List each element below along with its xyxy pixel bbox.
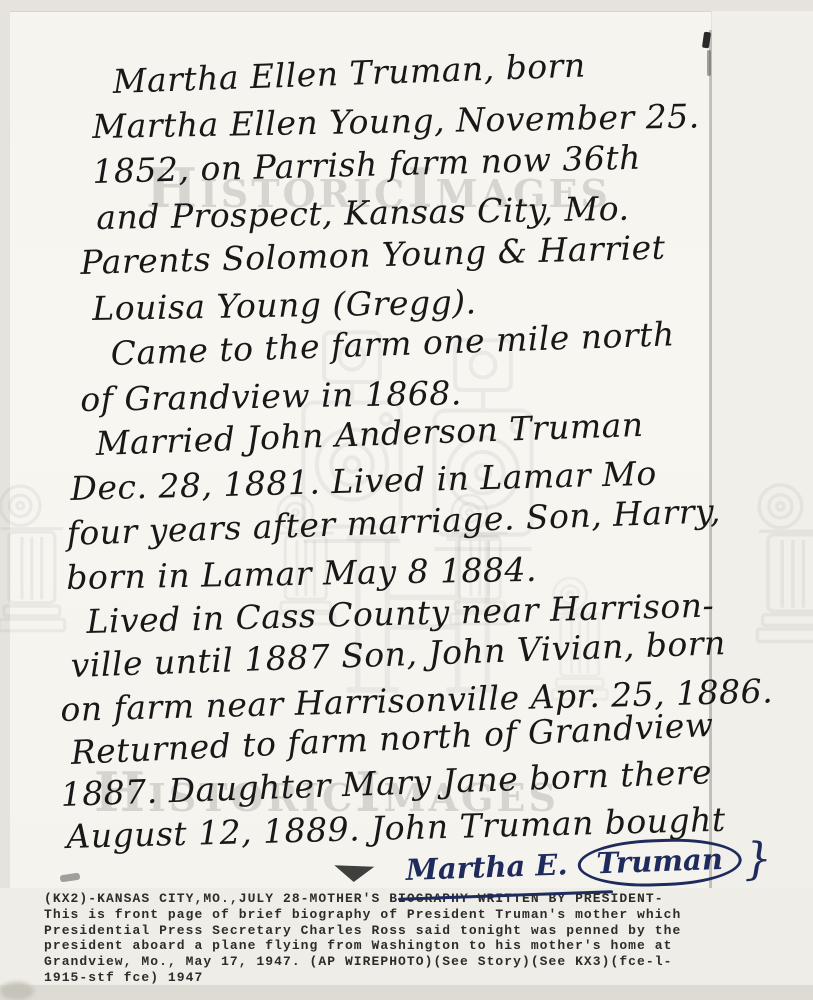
caption-line: 1915-stf fce) 1947 bbox=[44, 970, 744, 986]
corner-smudge bbox=[0, 982, 34, 1000]
handwritten-line: born in Lamar May 8 1884. bbox=[66, 550, 537, 597]
wirephoto-scan: HistoricImages HistoricImages Martha Ell… bbox=[0, 0, 813, 1000]
signature-last-name-circled: Truman bbox=[577, 836, 743, 889]
caption-line: This is front page of brief biography of… bbox=[44, 907, 744, 923]
caption-line: president aboard a plane flying from Was… bbox=[44, 938, 744, 954]
caption-line: Grandview, Mo., May 17, 1947. (AP WIREPH… bbox=[44, 954, 744, 970]
caption-line: Presidential Press Secretary Charles Ros… bbox=[44, 923, 744, 939]
edge-smudge-mark bbox=[707, 50, 711, 76]
triangle-smudge-mark bbox=[334, 865, 375, 882]
handwritten-line: of Grandview in 1868. bbox=[80, 373, 462, 419]
signature-brace: } bbox=[743, 833, 773, 885]
signature-first-name: Martha E. bbox=[405, 847, 568, 887]
scan-margin-right bbox=[712, 11, 813, 888]
handwritten-line: Louisa Young (Gregg). bbox=[92, 282, 477, 328]
typed-caption: (KX2)-KANSAS CITY,MO.,JULY 28-MOTHER'S B… bbox=[44, 891, 744, 986]
scan-margin-bottom bbox=[0, 985, 813, 1000]
caption-line: (KX2)-KANSAS CITY,MO.,JULY 28-MOTHER'S B… bbox=[44, 891, 744, 907]
